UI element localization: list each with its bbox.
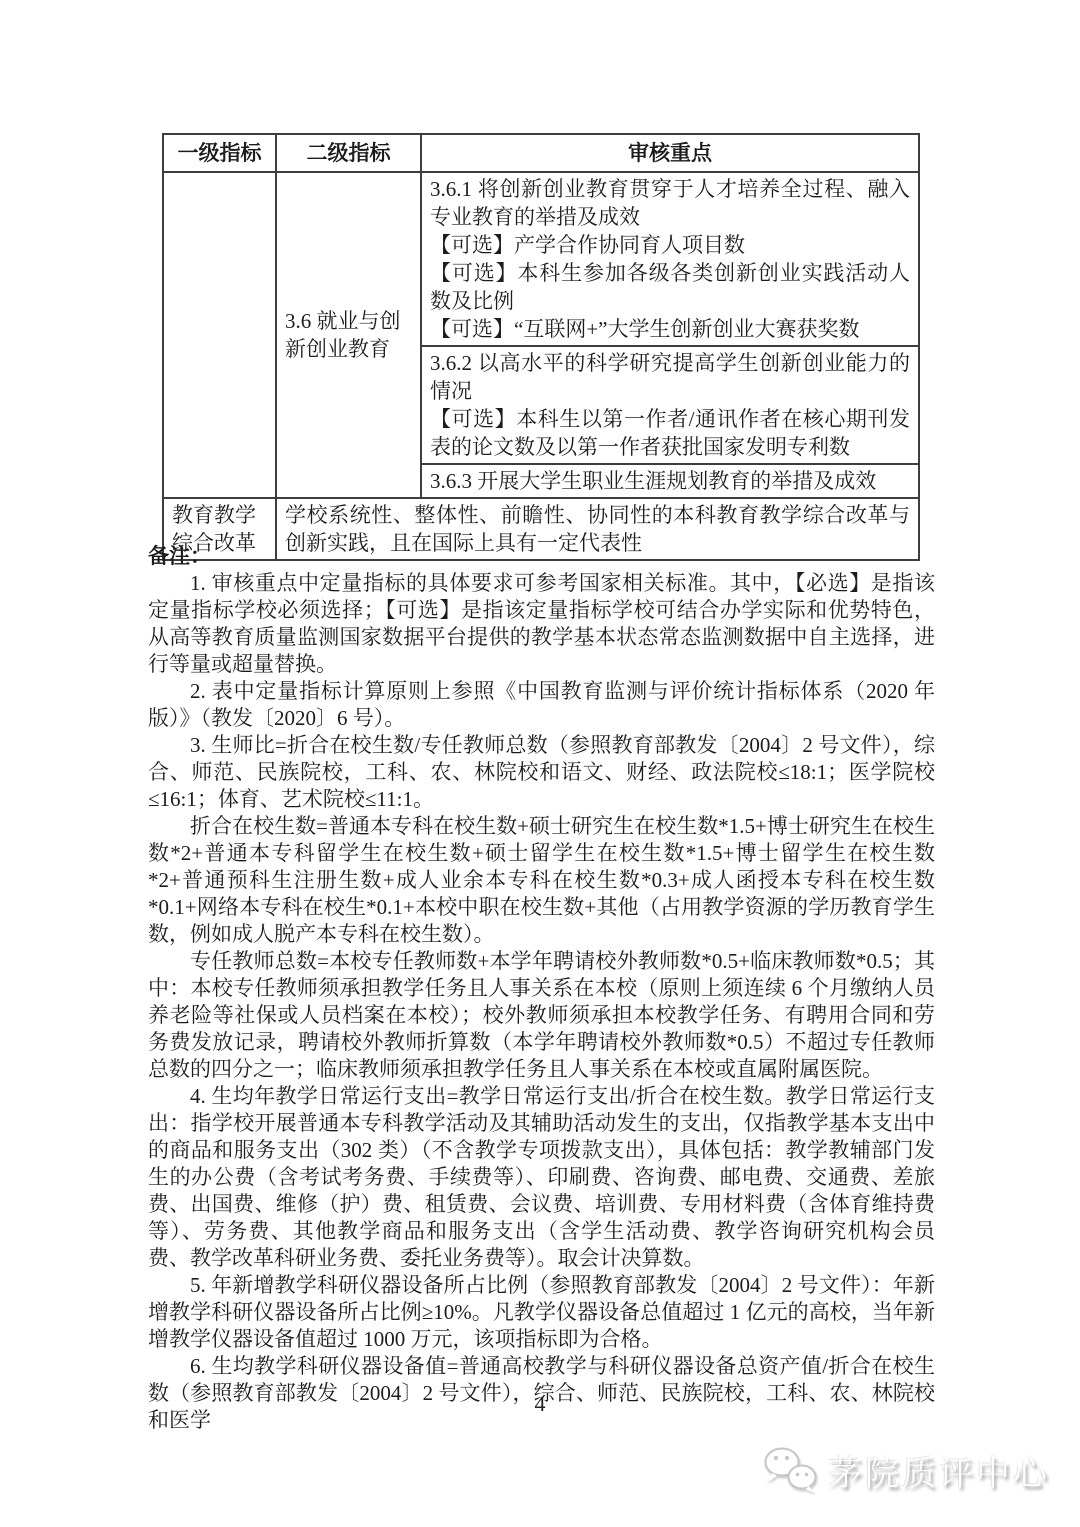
note-paragraph-3: 3. 生师比=折合在校生数/专任教师总数（参照教育部教发〔2004〕2 号文件）…: [148, 732, 935, 813]
cell-361-review-focus: 3.6.1 将创新创业教育贯穿于人才培养全过程、融入专业教育的举措及成效 【可选…: [421, 172, 919, 346]
review-item: 【可选】“互联网+”大学生创新创业大赛获奖数: [430, 315, 910, 343]
cell-level2-employment-innovation: 3.6 就业与创新创业教育: [276, 172, 421, 498]
table-row: 3.6 就业与创新创业教育 3.6.1 将创新创业教育贯穿于人才培养全过程、融入…: [163, 172, 919, 346]
col-header-level2: 二级指标: [276, 134, 421, 172]
notes-heading: 备注：: [148, 543, 935, 570]
review-item: 3.6.3 开展大学生职业生涯规划教育的举措及成效: [430, 467, 910, 495]
note-paragraph-3b: 专任教师总数=本校专任教师数+本学年聘请校外教师数*0.5+临床教师数*0.5；…: [148, 948, 935, 1083]
cell-level1-empty: [163, 172, 276, 498]
review-item: 【可选】本科生以第一作者/通讯作者在核心期刊发表的论文数及以第一作者获批国家发明…: [430, 405, 910, 461]
footer-watermark: 茅院质评中心: [760, 1445, 1050, 1495]
wechat-icon: [760, 1445, 820, 1495]
page-number: 4: [0, 1391, 1080, 1417]
col-header-review-focus: 审核重点: [421, 134, 919, 172]
review-item: 【可选】产学合作协同育人项目数: [430, 231, 910, 259]
cell-363-review-focus: 3.6.3 开展大学生职业生涯规划教育的举措及成效: [421, 464, 919, 498]
review-item: 【可选】本科生参加各级各类创新创业实践活动人数及比例: [430, 259, 910, 315]
note-paragraph-4: 4. 生均年教学日常运行支出=教学日常运行支出/折合在校生数。教学日常运行支出：…: [148, 1083, 935, 1272]
cell-362-review-focus: 3.6.2 以高水平的科学研究提高学生创新创业能力的情况 【可选】本科生以第一作…: [421, 346, 919, 464]
review-item: 3.6.2 以高水平的科学研究提高学生创新创业能力的情况: [430, 349, 910, 405]
col-header-level1: 一级指标: [163, 134, 276, 172]
review-item: 3.6.1 将创新创业教育贯穿于人才培养全过程、融入专业教育的举措及成效: [430, 175, 910, 231]
note-paragraph-2: 2. 表中定量指标计算原则上参照《中国教育监测与评价统计指标体系（2020 年版…: [148, 678, 935, 732]
table-header-row: 一级指标 二级指标 审核重点: [163, 134, 919, 172]
note-paragraph-5: 5. 年新增教学科研仪器设备所占比例（参照教育部教发〔2004〕2 号文件）：年…: [148, 1272, 935, 1353]
watermark-text: 茅院质评中心: [828, 1446, 1050, 1495]
indicator-table: 一级指标 二级指标 审核重点 3.6 就业与创新创业教育 3.6.1 将创新创业…: [162, 133, 920, 561]
note-paragraph-3a: 折合在校生数=普通本专科在校生数+硕士研究生在校生数*1.5+博士研究生在校生数…: [148, 813, 935, 948]
note-paragraph-1: 1. 审核重点中定量指标的具体要求可参考国家相关标准。其中，【必选】是指该定量指…: [148, 570, 935, 678]
document-page: 一级指标 二级指标 审核重点 3.6 就业与创新创业教育 3.6.1 将创新创业…: [0, 0, 1080, 1527]
notes-section: 备注： 1. 审核重点中定量指标的具体要求可参考国家相关标准。其中，【必选】是指…: [148, 543, 935, 1434]
